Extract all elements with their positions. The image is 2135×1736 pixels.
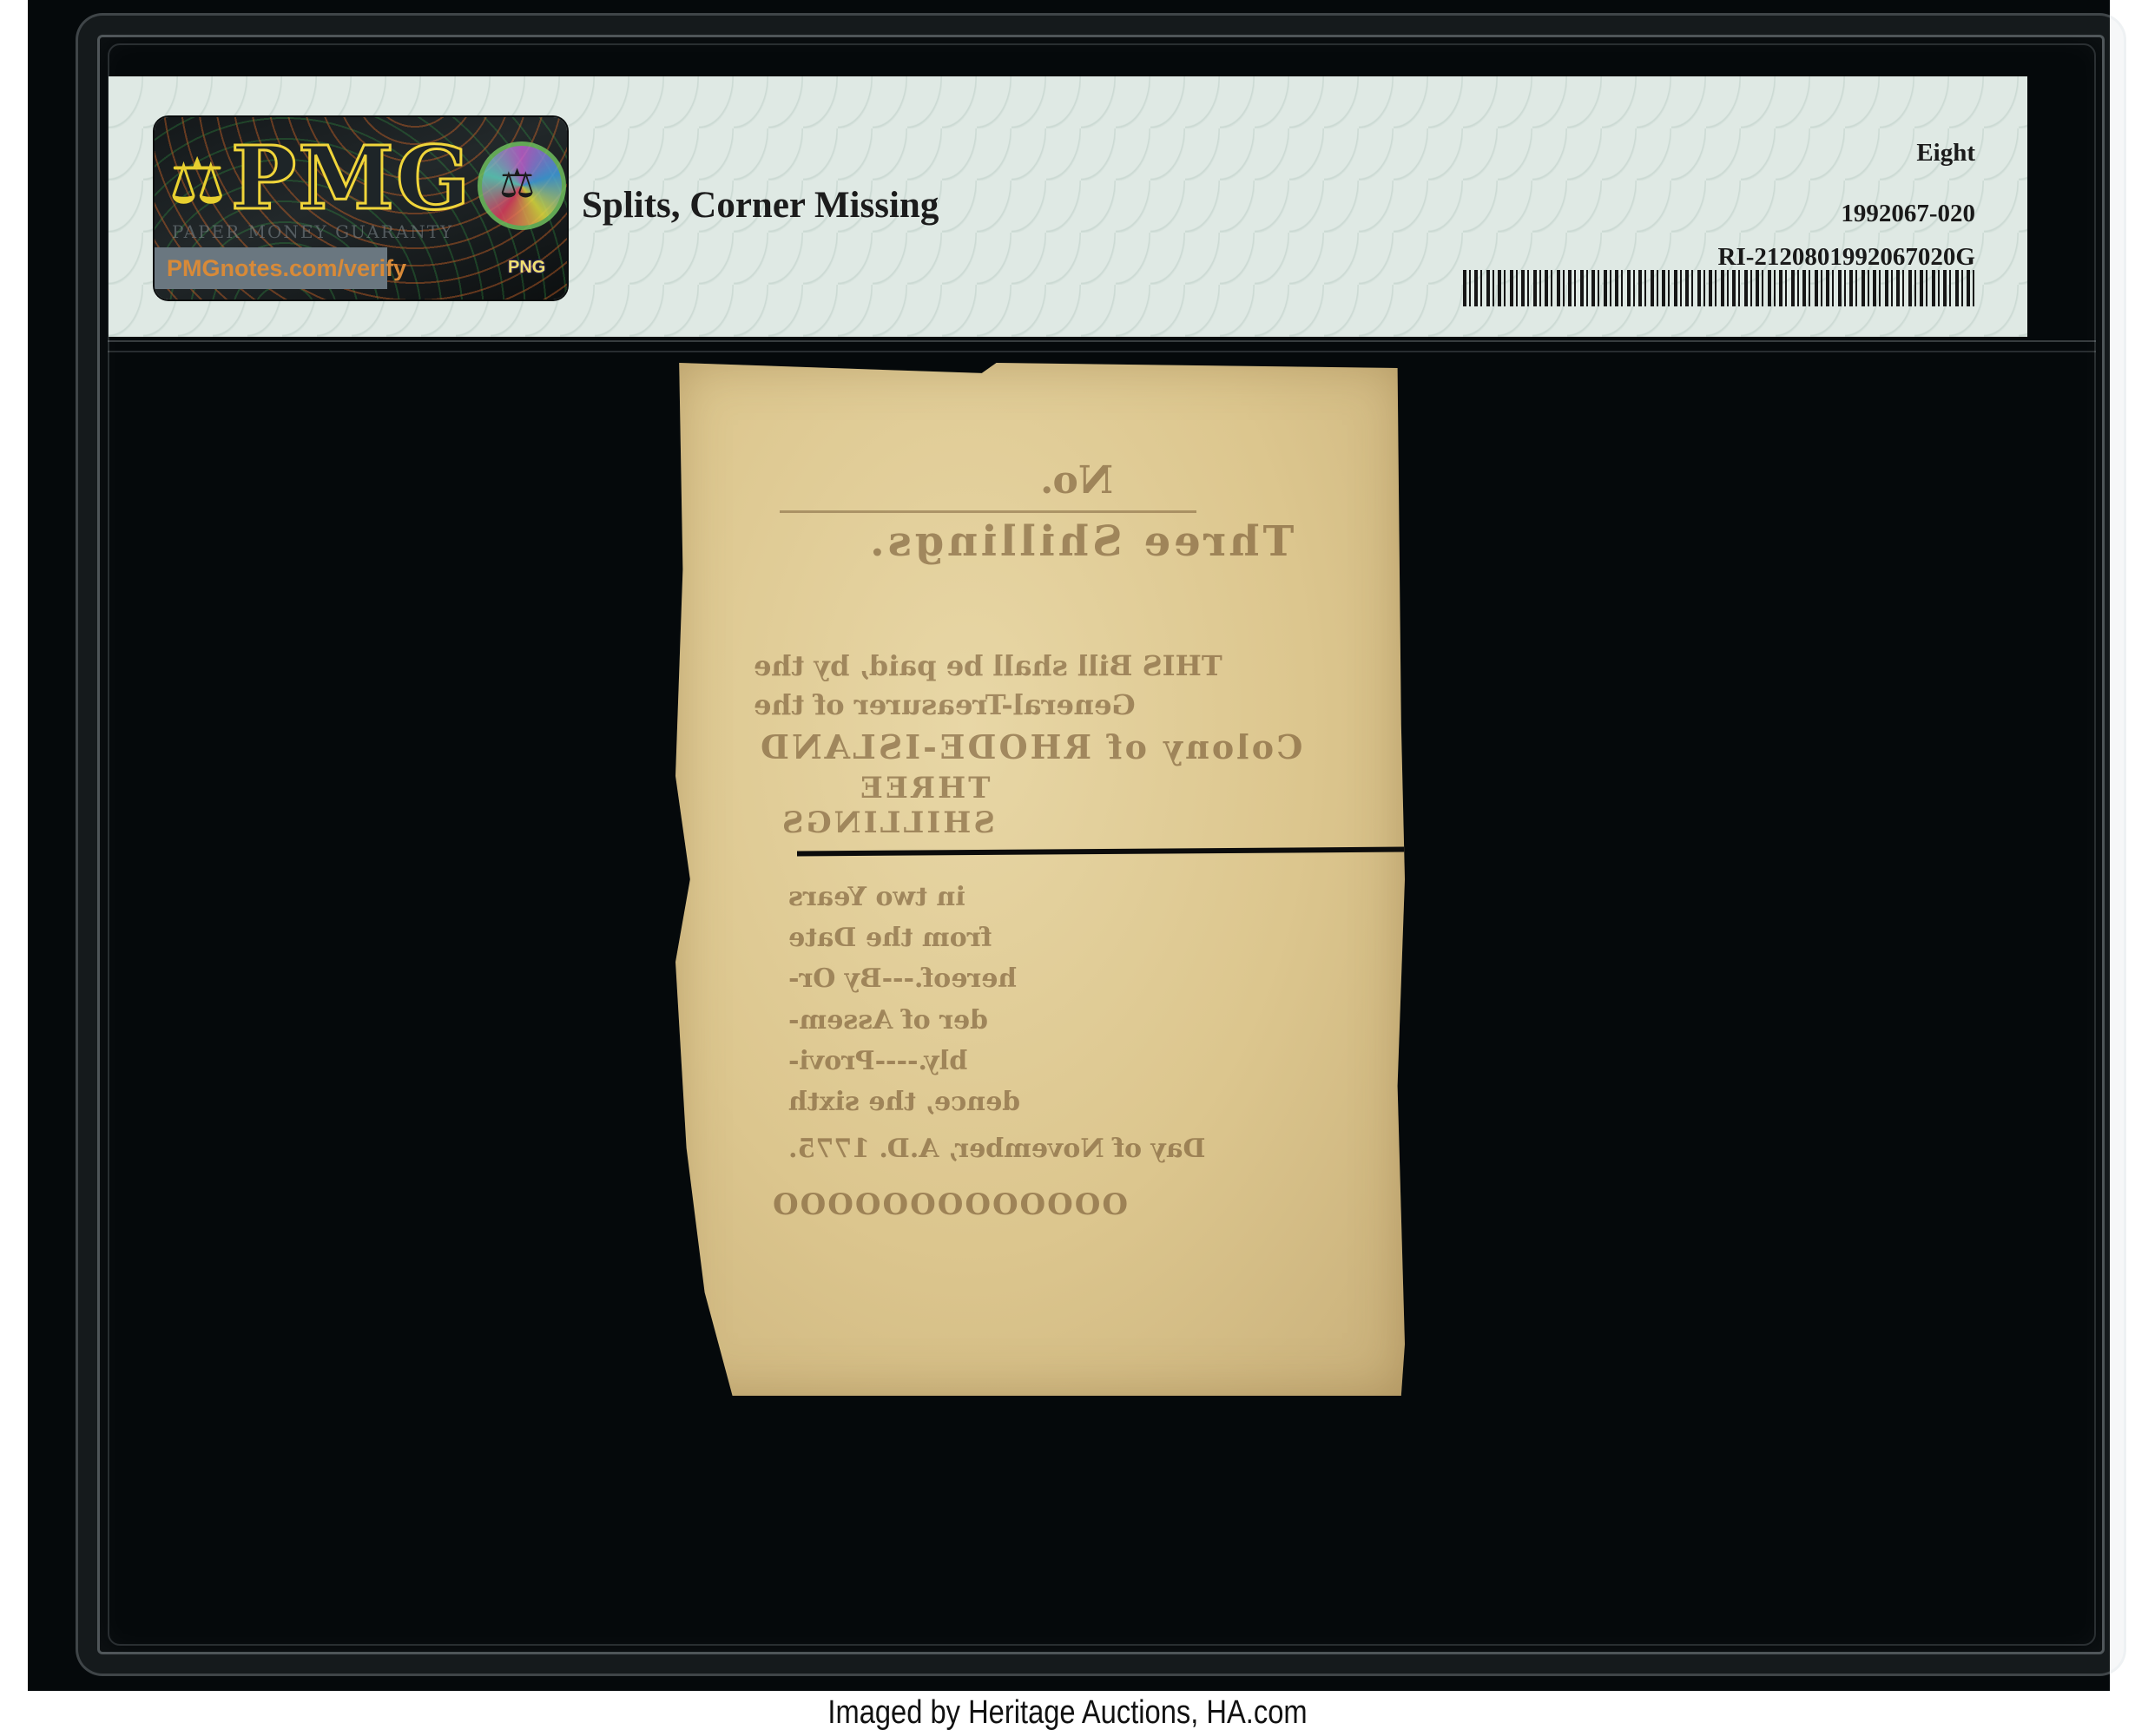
note-denomination: Three Shillings. [867, 517, 1294, 566]
note-ornamental-border: OOOOOOOOOOOOO [771, 1187, 1128, 1222]
pmg-logo: PMG [231, 135, 471, 221]
seal-scales-icon: ⚖ [499, 160, 535, 207]
label-divider [108, 340, 2096, 352]
verify-url: PMGnotes.com/verify [155, 247, 387, 289]
note-body-line: THREE [858, 771, 991, 806]
note-body-line: Colony of RHODE-ISLAND [758, 727, 1302, 766]
catalog-code: RI-2120801992067020G [1718, 243, 1975, 272]
note-lower-line: bly.----Provi- [788, 1046, 967, 1076]
note-lower-line: from the Date [788, 923, 992, 953]
barcode [1463, 270, 1975, 306]
note-date-line: Day of November, A.D. 1775. [788, 1134, 1205, 1164]
hologram-seal-icon: ⚖ [478, 141, 566, 230]
colonial-banknote: No. Three Shillings. THIS Bill shall be … [675, 363, 1405, 1396]
scales-of-justice-icon: ⚖ [168, 150, 226, 214]
note-number-label: No. [1040, 458, 1113, 503]
note-rule [780, 510, 1196, 513]
image-credit-caption: Imaged by Heritage Auctions, HA.com [149, 1694, 1986, 1732]
note-body-line: THIS Bill shall be paid, by the [754, 649, 1222, 682]
note-body-line: SHILLINGS [780, 806, 995, 840]
note-lower-line: der of Assem- [788, 1005, 988, 1036]
grading-comments: Splits, Corner Missing [582, 184, 939, 227]
note-lower-line: in two Years [788, 882, 965, 912]
note-body-line: General-Treasurer of the [754, 688, 1136, 721]
cert-number: 1992067-020 [1841, 200, 1975, 228]
grade-text: Eight [1916, 139, 1975, 168]
note-lower-line: hereof.---By Or- [788, 963, 1017, 994]
png-tag: PNG [508, 258, 545, 278]
note-split-tear [797, 847, 1405, 857]
pmg-tagline: PAPER MONEY GUARANTY [172, 221, 453, 242]
pmg-hologram-badge: ⚖ PMG ⚖ PAPER MONEY GUARANTY PMGnotes.co… [155, 117, 567, 299]
note-lower-line: dence, the sixth [788, 1087, 1020, 1117]
